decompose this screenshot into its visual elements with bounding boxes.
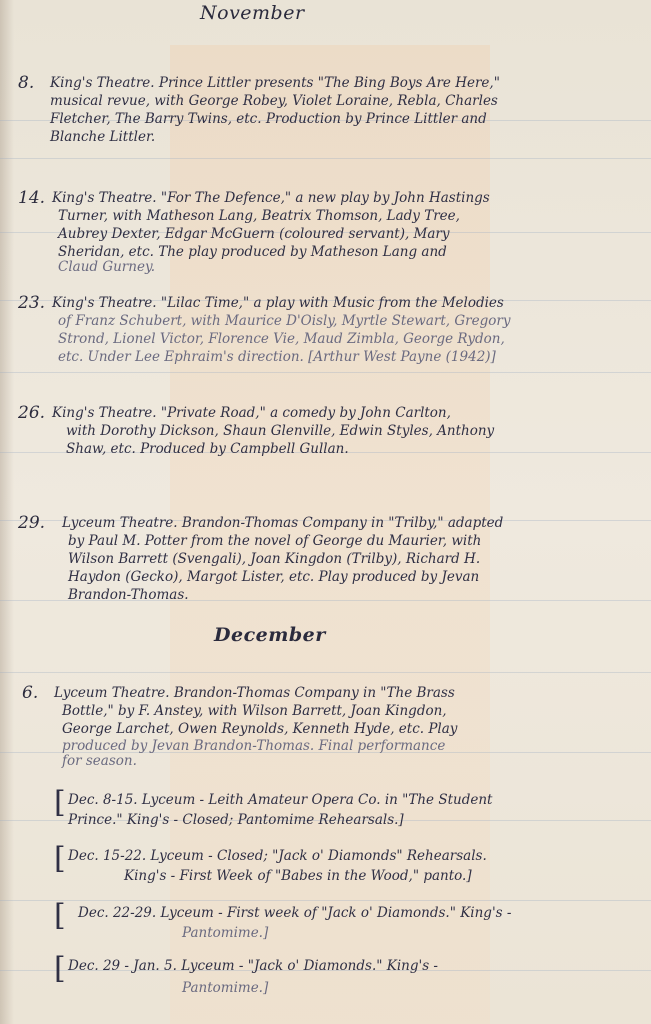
note-line: Pantomime.] [182, 925, 268, 941]
open-bracket: [ [54, 788, 66, 818]
ruled-line [0, 158, 651, 159]
entry-line: etc. Under Lee Ephraim's direction. [Art… [58, 349, 496, 365]
note-line: Dec. 15-22. Lyceum - Closed; "Jack o' Di… [68, 848, 487, 864]
entry-line: Sheridan, etc. The play produced by Math… [58, 244, 447, 260]
entry-day: 14. [18, 188, 45, 208]
entry-line: musical revue, with George Robey, Violet… [50, 93, 498, 109]
entry-line: King's Theatre. "Lilac Time," a play wit… [52, 295, 504, 311]
entry-line: George Larchet, Owen Reynolds, Kenneth H… [62, 721, 457, 737]
entry-day: 29. [18, 513, 45, 533]
entry-line: Lyceum Theatre. Brandon-Thomas Company i… [54, 685, 455, 701]
entry-line: Lyceum Theatre. Brandon-Thomas Company i… [62, 515, 503, 531]
open-bracket: [ [54, 901, 66, 931]
entry-line: with Dorothy Dickson, Shaun Glenville, E… [66, 423, 494, 439]
entry-line: King's Theatre. Prince Littler presents … [50, 75, 500, 91]
open-bracket: [ [54, 844, 66, 874]
note-line: Pantomime.] [182, 980, 268, 996]
diary-page: November 8. King's Theatre. Prince Littl… [0, 0, 651, 1024]
entry-line: Strond, Lionel Victor, Florence Vie, Mau… [58, 331, 505, 347]
note-line: Dec. 8-15. Lyceum - Leith Amateur Opera … [68, 792, 492, 808]
entry-line: Haydon (Gecko), Margot Lister, etc. Play… [68, 569, 479, 585]
entry-line: Fletcher, The Barry Twins, etc. Producti… [50, 111, 487, 127]
entry-line: produced by Jevan Brandon-Thomas. Final … [62, 738, 445, 754]
entry-line: Claud Gurney. [58, 259, 155, 275]
entry-line: Turner, with Matheson Lang, Beatrix Thom… [58, 208, 460, 224]
entry-line: by Paul M. Potter from the novel of Geor… [68, 533, 481, 549]
ruled-line [0, 672, 651, 673]
month-heading-december: December [214, 624, 326, 646]
note-line: Prince." King's - Closed; Pantomime Rehe… [68, 812, 404, 828]
entry-line: Wilson Barrett (Svengali), Joan Kingdon … [68, 551, 480, 567]
entry-line: Blanche Littler. [50, 129, 155, 145]
ruled-line [0, 900, 651, 901]
ruled-line [0, 372, 651, 373]
note-line: Dec. 22-29. Lyceum - First week of "Jack… [78, 905, 511, 921]
month-heading-november: November [200, 2, 305, 24]
entry-day: 23. [18, 293, 45, 313]
open-bracket: [ [54, 954, 66, 984]
entry-day: 6. [22, 683, 38, 703]
entry-line: of Franz Schubert, with Maurice D'Oisly,… [58, 313, 510, 329]
entry-line: King's Theatre. "Private Road," a comedy… [52, 405, 451, 421]
entry-line: Bottle," by F. Anstey, with Wilson Barre… [62, 703, 447, 719]
entry-line: Brandon-Thomas. [68, 587, 189, 603]
entry-line: for season. [62, 753, 137, 769]
note-line: King's - First Week of "Babes in the Woo… [124, 868, 472, 884]
entry-line: Aubrey Dexter, Edgar McGuern (coloured s… [58, 226, 450, 242]
entry-day: 8. [18, 73, 34, 93]
entry-line: King's Theatre. "For The Defence," a new… [52, 190, 490, 206]
entry-day: 26. [18, 403, 45, 423]
note-line: Dec. 29 - Jan. 5. Lyceum - "Jack o' Diam… [68, 958, 438, 974]
entry-line: Shaw, etc. Produced by Campbell Gullan. [66, 441, 349, 457]
